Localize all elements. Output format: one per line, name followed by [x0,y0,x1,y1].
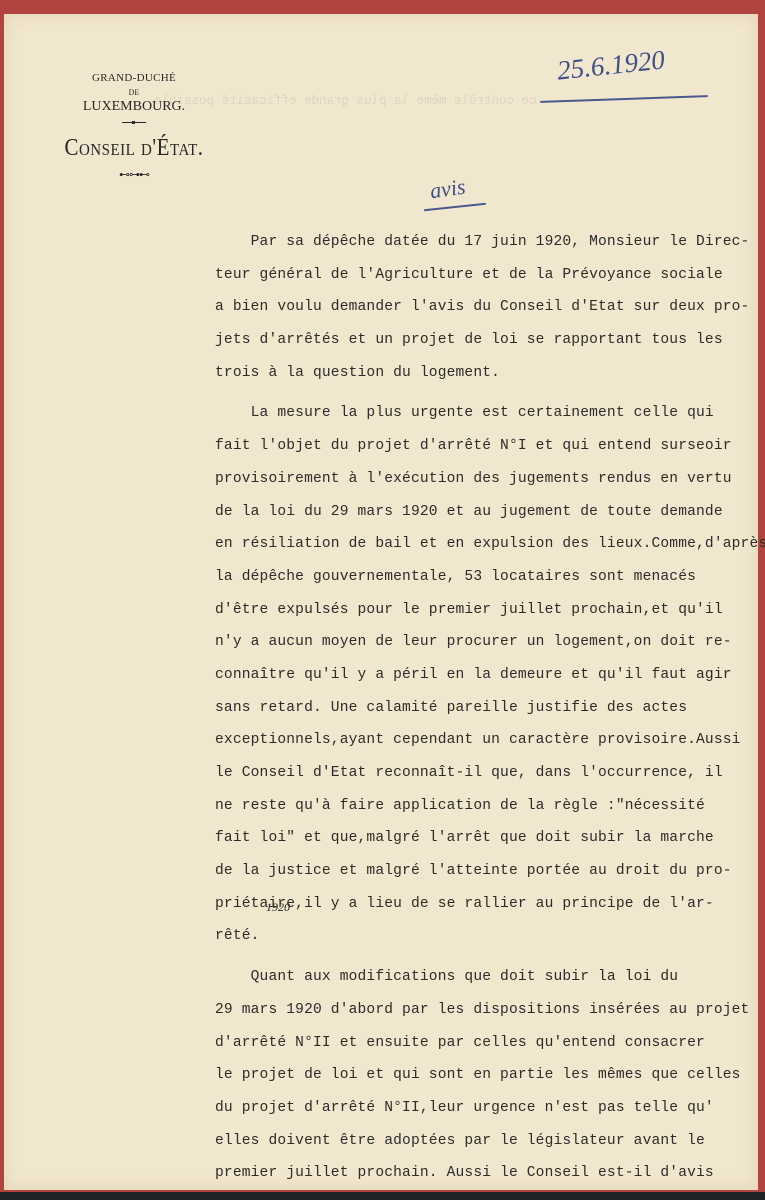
text-line: rêté. [215,926,760,959]
handwritten-avis: avis [428,174,467,205]
text-line: d'être expulsés pour le premier juillet … [215,600,760,633]
text-line: la dépêche gouvernementale, 53 locataire… [215,567,760,600]
text-line: jets d'arrêtés et un projet de loi se ra… [215,330,760,363]
letterhead-divider [122,122,146,123]
text-line: sans retard. Une calamité pareille justi… [215,698,760,731]
date-underline [540,95,708,103]
paragraph-2: La mesure la plus urgente est certaineme… [215,403,760,959]
letterhead: GRAND-DUCHÉ DE LUXEMBOURG. Conseil d'Éta… [54,72,214,181]
text-line: Quant aux modifications que doit subir l… [215,967,760,1000]
paragraph-3: Quant aux modifications que doit subir l… [215,967,760,1196]
text-line: provisoirement à l'exécution des jugemen… [215,469,760,502]
text-line: fait loi" et que,malgré l'arrêt que doit… [215,828,760,861]
text-line: du projet d'arrêté N°II,leur urgence n'e… [215,1098,760,1131]
letterhead-ornament-icon: ⊷⊶⊷ [54,168,214,181]
text-line: connaître qu'il y a péril en la demeure … [215,665,760,698]
text-line: en résiliation de bail et en expulsion d… [215,534,760,567]
text-line: de la loi du 29 mars 1920 et au jugement… [215,502,760,535]
text-line: fait l'objet du projet d'arrêté N°I et q… [215,436,760,469]
handwritten-date: 25.6.1920 [556,44,667,86]
text-line: d'arrêté N°II et ensuite par celles qu'e… [215,1033,760,1066]
text-line: priétaire,il y a lieu de se rallier au p… [215,894,760,927]
letterhead-grand-duche: GRAND-DUCHÉ [54,72,214,84]
letterhead-de: DE [54,88,214,97]
text-line: teur général de l'Agriculture et de la P… [215,265,760,298]
text-line: elles doivent être adoptées par le légis… [215,1131,760,1164]
document-page: ce contrôle même la plus grande efficaci… [4,14,758,1190]
text-line: 29 mars 1920 d'abord par les disposition… [215,1000,760,1033]
text-line: a bien voulu demander l'avis du Conseil … [215,297,760,330]
text-line: le Conseil d'Etat reconnaît-il que, dans… [215,763,760,796]
text-line: trois à la question du logement. [215,363,760,396]
text-line: exceptionnels,ayant cependant un caractè… [215,730,760,763]
text-line: n'y a aucun moyen de leur procurer un lo… [215,632,760,665]
text-line: le projet de loi et qui sont en partie l… [215,1065,760,1098]
text-line: La mesure la plus urgente est certaineme… [215,403,760,436]
text-line: de la justice et malgré l'atteinte porté… [215,861,760,894]
text-line: ne reste qu'à faire application de la rè… [215,796,760,829]
letter-body: Par sa dépêche datée du 17 juin 1920, Mo… [215,232,760,1196]
paragraph-1: Par sa dépêche datée du 17 juin 1920, Mo… [215,232,760,395]
letterhead-title: Conseil d'État. [54,133,214,162]
text-line: premier juillet prochain. Aussi le Conse… [215,1163,760,1196]
text-line: Par sa dépêche datée du 17 juin 1920, Mo… [215,232,760,265]
letterhead-luxembourg: LUXEMBOURG. [54,99,214,115]
